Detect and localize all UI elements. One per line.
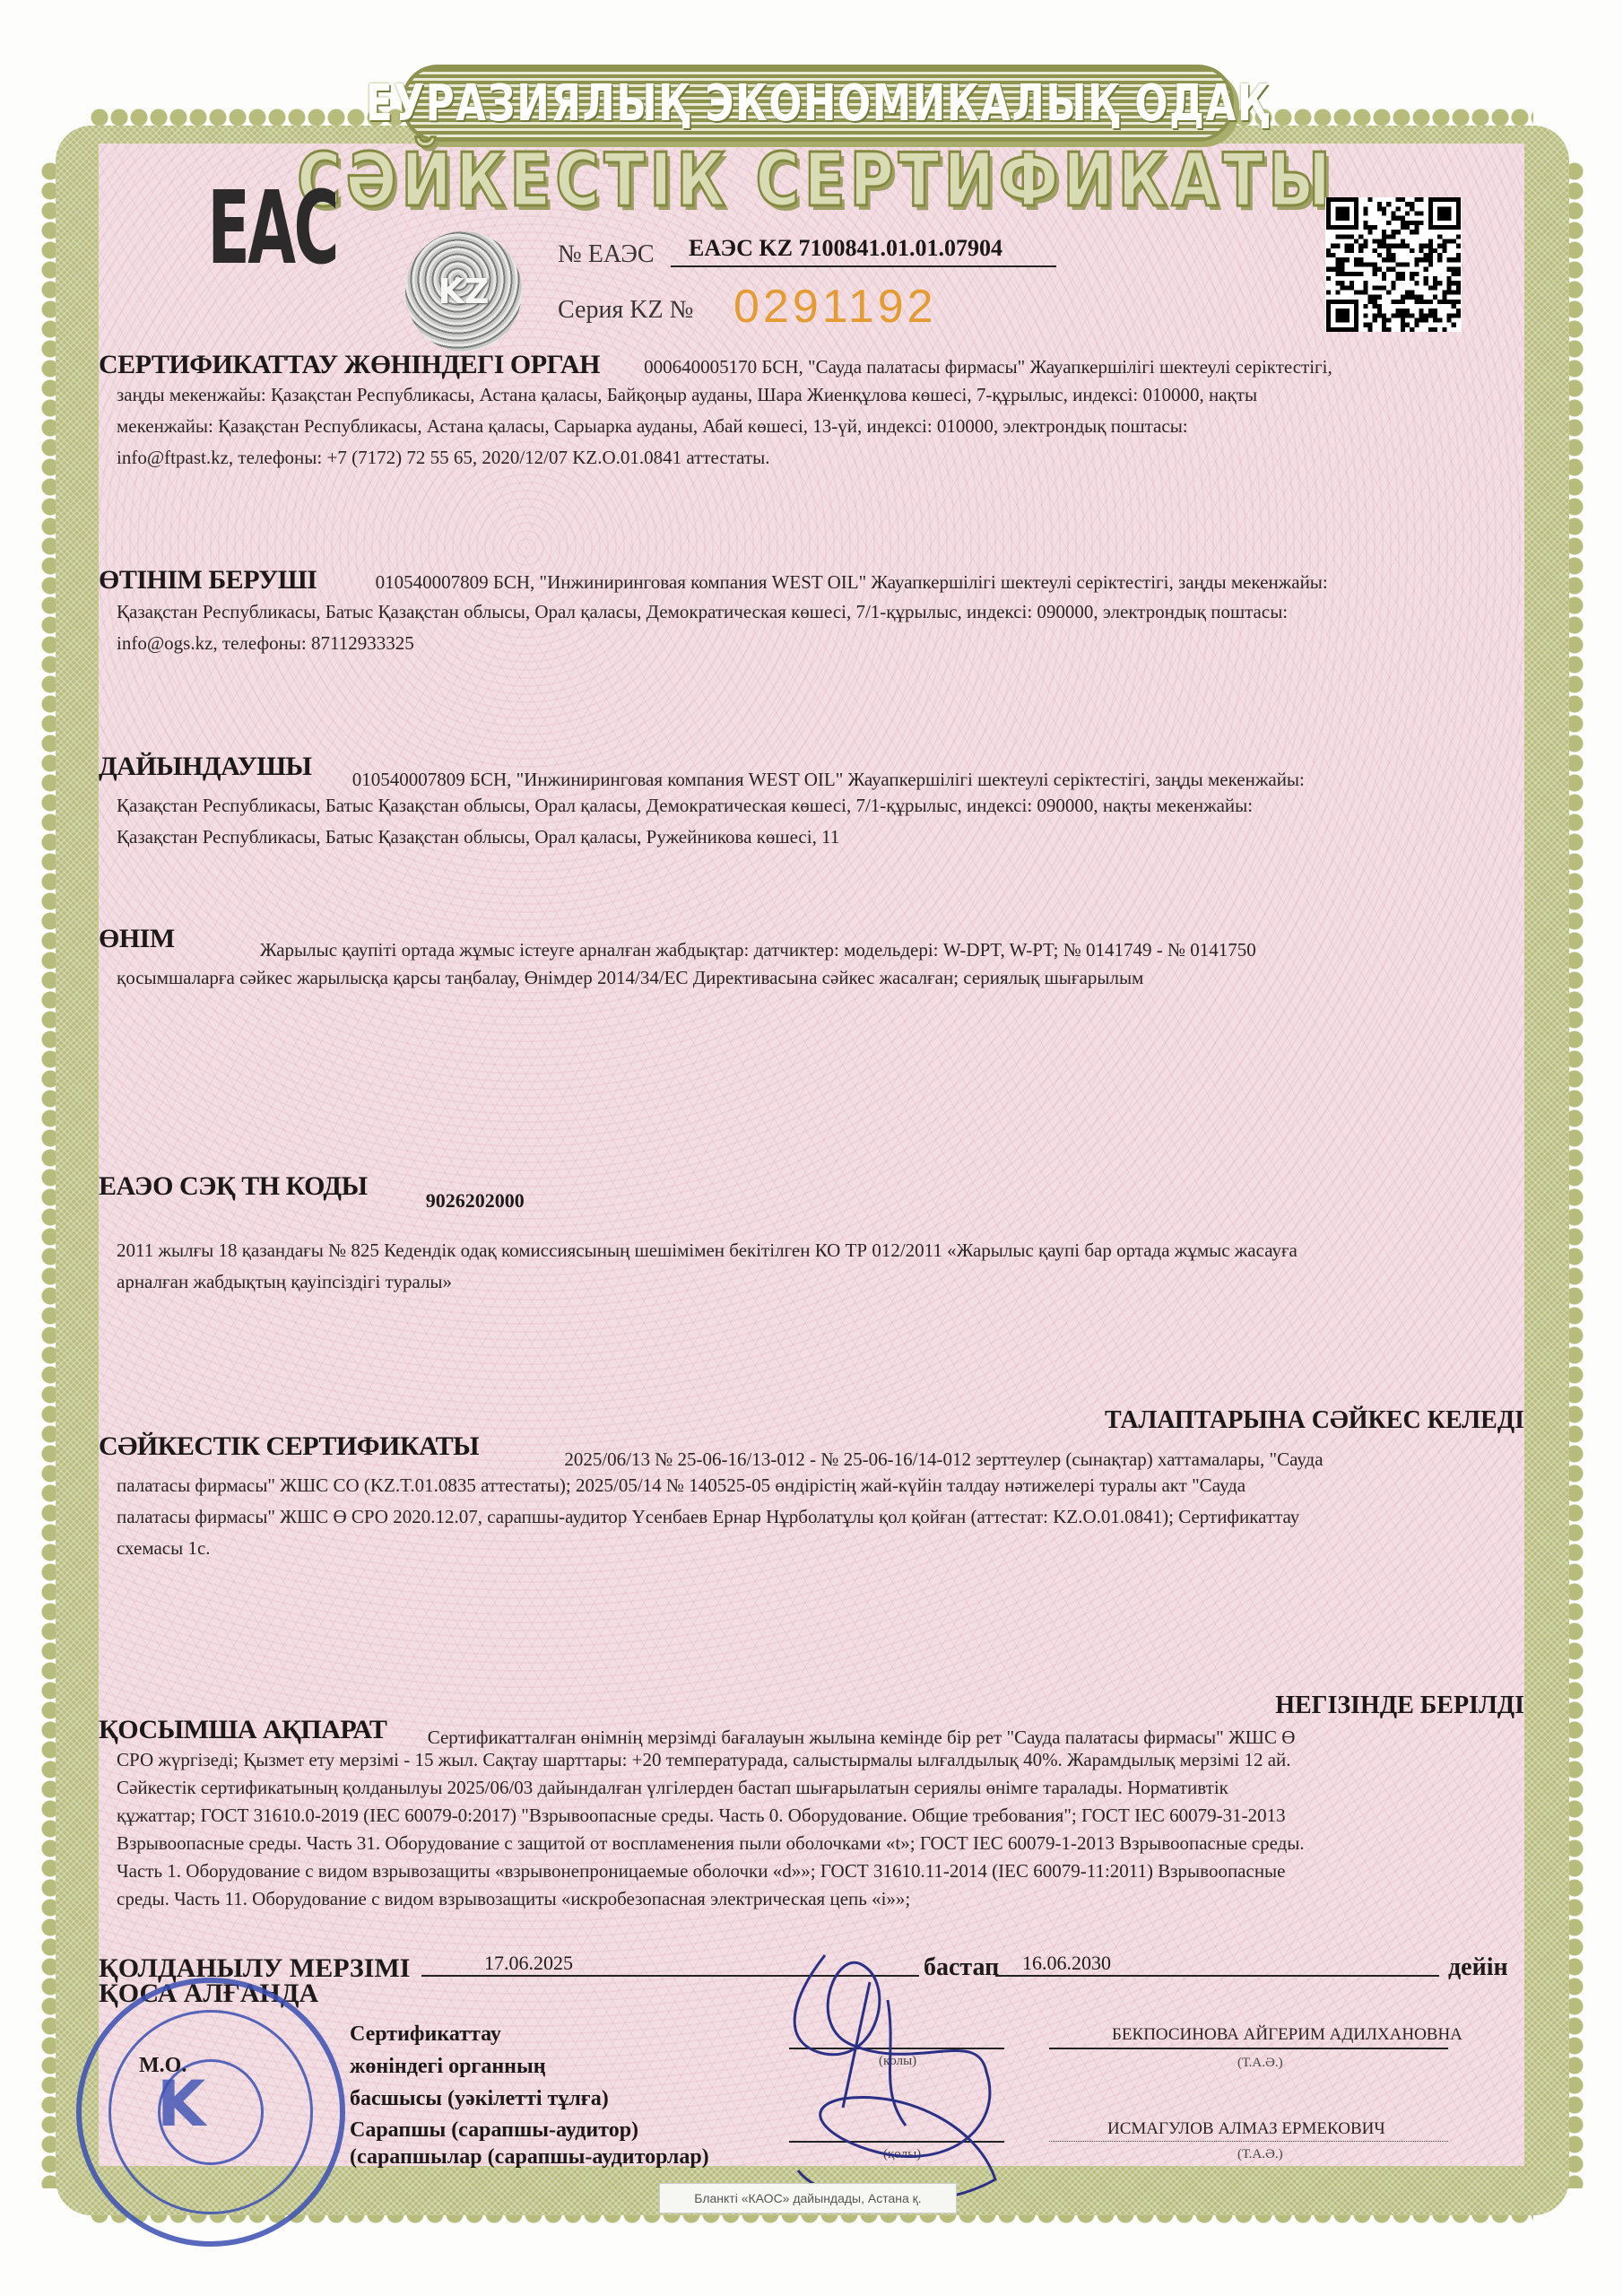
qr-code-icon[interactable] [1325,197,1462,332]
eac-logo-text: EAC [208,178,338,279]
tn-code-value: 9026202000 [426,1189,525,1212]
section-line: 2025/06/13 № 25-06-16/13-012 - № 25-06-1… [564,1448,1323,1470]
label-line: Сарапшы (сарапшы-аудитор) [350,2117,709,2144]
section-line: Қазақстан Республикасы, Батыс Қазақстан … [99,824,1524,850]
section-line: 2011 жылғы 18 қазандағы № 825 Кедендік о… [99,1238,1524,1264]
handwritten-signature-icon [771,1946,1130,2215]
section-line: среды. Часть 11. Оборудование с видом вз… [99,1886,1524,1912]
conformity-right-heading: ТАЛАПТАРЫНА СӘЙКЕС КЕЛЕДІ [1105,1406,1524,1435]
official-stamp-icon [76,1978,345,2247]
section-line: info@ftpast.kz, телефоны: +7 (7172) 72 5… [99,445,1524,471]
series-number: 0291192 [733,280,937,334]
printer-note: Бланкті «КАОС» дайындады, Астана қ. [659,2183,957,2213]
section-line: 000640005170 БСН, "Сауда палатасы фирмас… [644,356,1332,378]
expert-name: ИСМАГУЛОВ АЛМАЗ ЕРМЕКОВИЧ [1107,2119,1385,2139]
label-line: (сарапшылар (сарапшы-аудиторлар) [350,2144,709,2170]
head-signatory-label: Сертификаттау жөніндегі органның басшысы… [350,2018,609,2115]
section-product: ӨНІМ Жарылыс қаупіті ортада жұмыс істеуг… [99,926,1524,991]
section-manufacturer: ДАЙЫНДАУШЫ 010540007809 БСН, "Инжиниринг… [99,753,1524,850]
expert-signatory-label: Сарапшы (сарапшы-аудитор) (сарапшылар (с… [350,2117,709,2170]
section-title: ӨТІНІМ БЕРУШІ [99,565,317,595]
certificate-title-text: СӘЙКЕСТІК СЕРТИФИКАТЫ [297,138,1335,223]
union-banner: ЕУРАЗИЯЛЫҚ ЭКОНОМИКАЛЫҚ ОДАҚ [402,65,1234,142]
section-line: Қазақстан Республикасы, Батыс Қазақстан … [99,793,1524,819]
section-title: СӘЙКЕСТІК СЕРТИФИКАТЫ [99,1431,479,1461]
section-line: Взрывоопасные среды. Часть 31. Оборудова… [99,1831,1524,1857]
head-name-caption: (Т.А.Ә.) [1237,2056,1283,2071]
section-line: мекенжайы: Қазақстан Республикасы, Астан… [99,413,1524,439]
section-line: 010540007809 БСН, "Инжиниринговая компан… [352,769,1305,790]
section-title: ЕАЭО СЭҚ ТН КОДЫ [99,1171,368,1201]
hologram-text: KZ [438,272,490,311]
section-line: Қазақстан Республикасы, Батыс Қазақстан … [99,599,1524,625]
label-line: жөніндегі органның [350,2050,609,2083]
label-line: Сертификаттау [350,2018,609,2050]
section-line: info@ogs.kz, телефоны: 87112933325 [99,631,1524,657]
section-title: ӨНІМ [99,924,175,953]
section-line: Часть 1. Оборудование с видом взрывозащи… [99,1858,1524,1884]
section-additional-info: ҚОСЫМША АҚПАРАТ Сертификатталған өнімнің… [99,1717,1524,1912]
reg-number: ЕАЭС KZ 7100841.01.01.07904 [671,235,1056,267]
label-line: басшысы (уәкілетті тұлға) [350,2083,609,2115]
section-line: құжаттар; ГОСТ 31610.0-2019 (IEC 60079-0… [99,1803,1524,1829]
section-title: ҚОСЫМША АҚПАРАТ [99,1715,386,1744]
valid-from-date: 17.06.2025 [484,1952,573,1975]
section-line: СРО жүргізеді; Қызмет ету мерзімі - 15 ж… [99,1747,1524,1773]
section-title: СЕРТИФИКАТТАУ ЖӨНІНДЕГІ ОРГАН [99,350,600,379]
section-line: Жарылыс қаупіті ортада жұмыс істеуге арн… [260,939,1256,961]
section-line: палатасы фирмасы" ЖШС СО (KZ.T.01.0835 а… [99,1473,1524,1499]
section-line: қосымшаларға сәйкес жарылысқа қарсы таңб… [99,965,1524,991]
stamp-place-label: М.О. [139,2054,187,2078]
eac-logo-icon: EAC [219,176,326,282]
section-line: 010540007809 БСН, "Инжиниринговая компан… [376,571,1328,593]
section-line: Сертификатталған өнімнің мерзімді бағала… [428,1726,1296,1748]
section-line: Сәйкестік сертификатының қолданылуы 2025… [99,1775,1524,1801]
section-applicant: ӨТІНІМ БЕРУШІ 010540007809 БСН, "Инжинир… [99,567,1524,657]
to-label: дейін [1448,1953,1508,1982]
hologram-seal-icon: KZ [405,231,522,352]
section-certification-body: СЕРТИФИКАТТАУ ЖӨНІНДЕГІ ОРГАН 0006400051… [99,352,1524,471]
section-line: палатасы фирмасы" ЖШС Ө СРО 2020.12.07, … [99,1504,1524,1530]
certificate-title: СӘЙКЕСТІК СЕРТИФИКАТЫ [395,142,1237,219]
reg-number-label: № ЕАЭС [558,240,655,269]
section-line: схемасы 1с. [99,1535,1524,1561]
expert-name-caption: (Т.А.Ә.) [1237,2147,1283,2162]
head-signatory-name: БЕКПОСИНОВА АЙГЕРИМ АДИЛХАНОВНА [1112,2025,1462,2045]
union-banner-text: ЕУРАЗИЯЛЫҚ ЭКОНОМИКАЛЫҚ ОДАҚ [366,74,1269,133]
series-label: Серия KZ № [558,296,693,325]
section-line: заңды мекенжайы: Қазақстан Республикасы,… [99,382,1524,408]
section-tn-code: ЕАЭО СЭҚ ТН КОДЫ 9026202000 2011 жылғы 1… [99,1173,1524,1295]
section-conformity: СӘЙКЕСТІК СЕРТИФИКАТЫ 2025/06/13 № 25-06… [99,1433,1524,1561]
stamp-emblem-icon: K [157,2067,205,2141]
section-title: ДАЙЫНДАУШЫ [99,752,312,781]
section-line: арналған жабдықтың қауіпсіздігі туралы» [99,1269,1524,1295]
